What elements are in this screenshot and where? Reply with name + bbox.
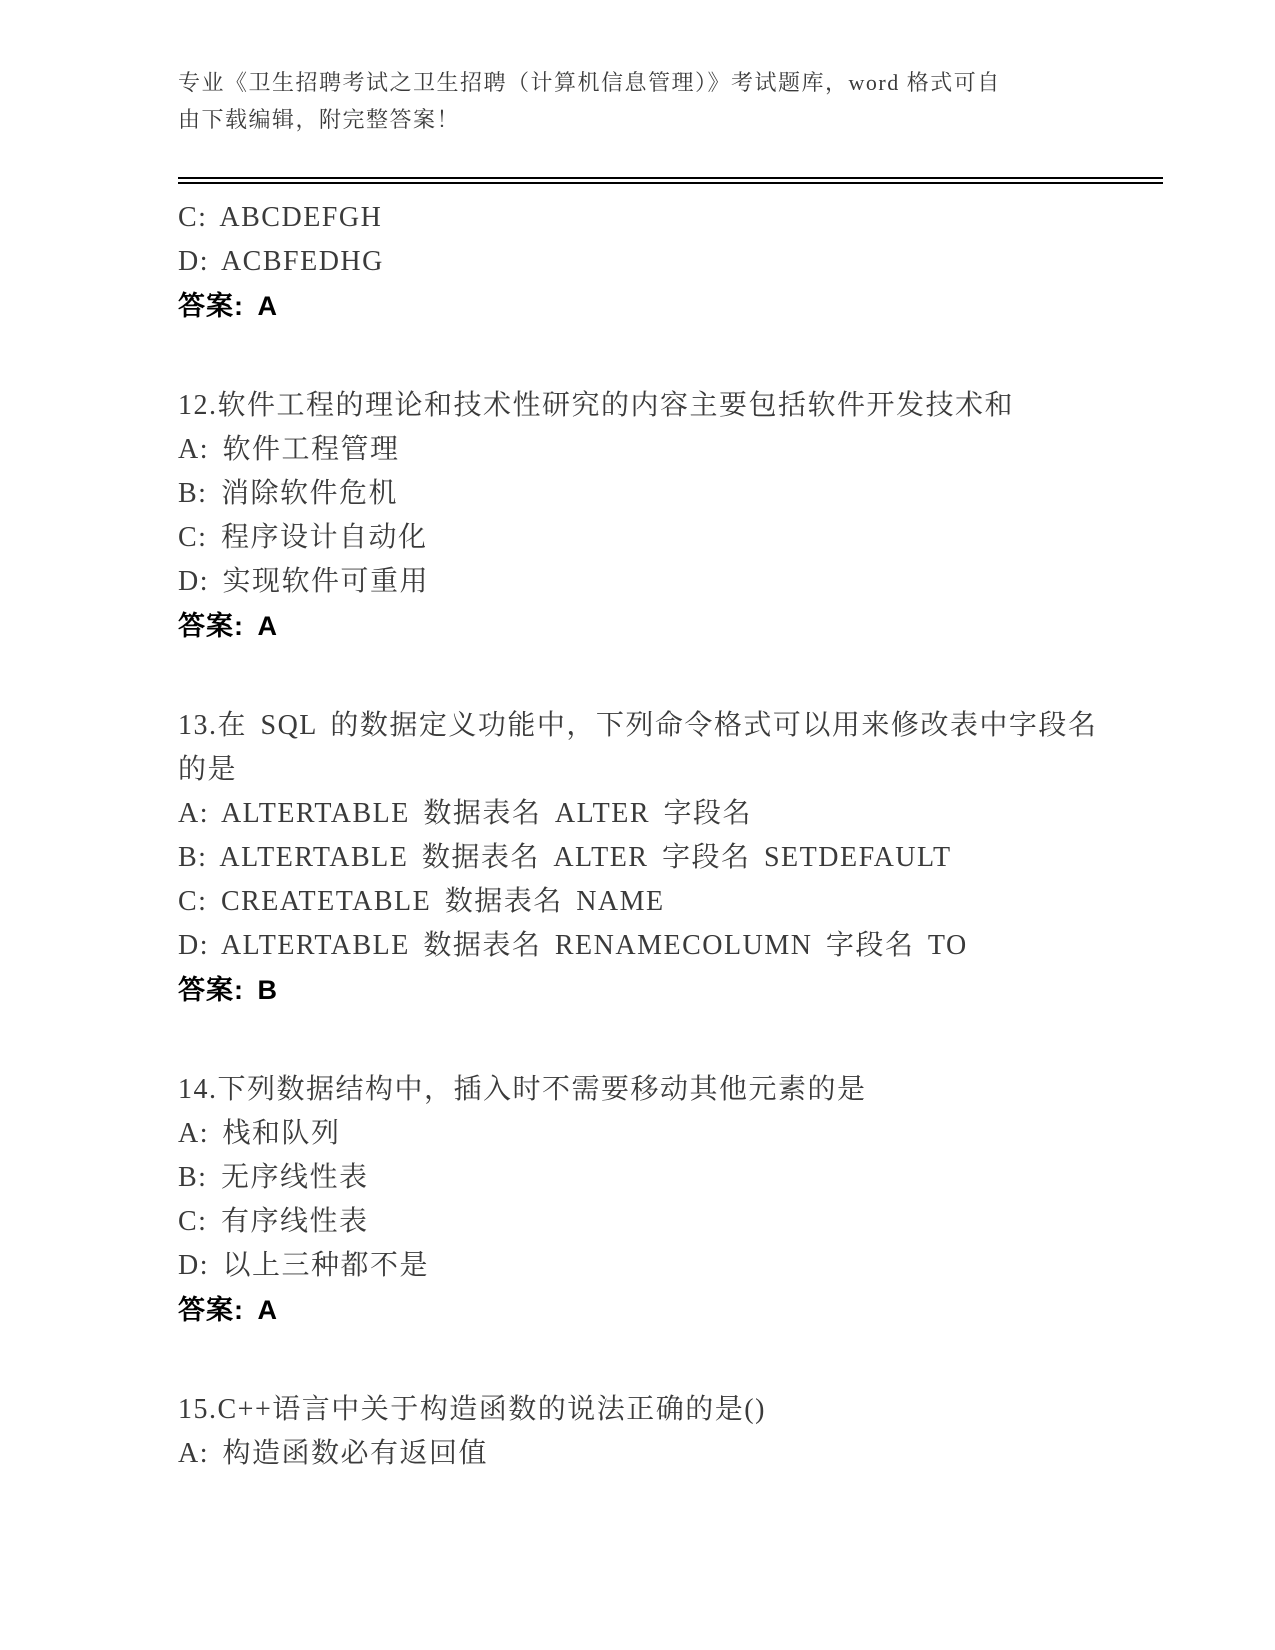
question-11-tail: C: ABCDEFGH D: ACBFEDHG 答案: A	[178, 196, 1168, 328]
question-12-option-a: A: 软件工程管理	[178, 428, 1168, 472]
header-line-2: 由下载编辑，附完整答案！	[178, 101, 1168, 138]
header-divider-rule	[178, 177, 1163, 184]
question-11-answer: 答案: A	[178, 284, 1168, 328]
question-12-option-c: C: 程序设计自动化	[178, 516, 1168, 560]
question-15-block: 15.C++语言中关于构造函数的说法正确的是() A: 构造函数必有返回值	[178, 1388, 1168, 1476]
page-header-notice: 专业《卫生招聘考试之卫生招聘（计算机信息管理）》考试题库，word 格式可自 由…	[178, 64, 1168, 138]
question-15-text: 15.C++语言中关于构造函数的说法正确的是()	[178, 1388, 1168, 1432]
question-14-option-b: B: 无序线性表	[178, 1156, 1168, 1200]
header-line-1: 专业《卫生招聘考试之卫生招聘（计算机信息管理）》考试题库，word 格式可自	[178, 64, 1168, 101]
question-12-option-b: B: 消除软件危机	[178, 472, 1168, 516]
question-13-block: 13.在 SQL 的数据定义功能中，下列命令格式可以用来修改表中字段名 的是 A…	[178, 704, 1168, 1012]
question-11-option-c: C: ABCDEFGH	[178, 196, 1168, 240]
question-13-option-d: D: ALTERTABLE 数据表名 RENAMECOLUMN 字段名 TO	[178, 924, 1168, 968]
question-12-answer: 答案: A	[178, 604, 1168, 648]
question-12-text: 12.软件工程的理论和技术性研究的内容主要包括软件开发技术和	[178, 384, 1168, 428]
question-15-option-a: A: 构造函数必有返回值	[178, 1432, 1168, 1476]
document-content: C: ABCDEFGH D: ACBFEDHG 答案: A 12.软件工程的理论…	[178, 196, 1168, 1476]
question-13-text-line-2: 的是	[178, 748, 1168, 792]
question-14-block: 14.下列数据结构中，插入时不需要移动其他元素的是 A: 栈和队列 B: 无序线…	[178, 1068, 1168, 1332]
question-12-option-d: D: 实现软件可重用	[178, 560, 1168, 604]
question-13-answer: 答案: B	[178, 968, 1168, 1012]
question-12-block: 12.软件工程的理论和技术性研究的内容主要包括软件开发技术和 A: 软件工程管理…	[178, 384, 1168, 648]
question-13-option-a: A: ALTERTABLE 数据表名 ALTER 字段名	[178, 792, 1168, 836]
question-14-text: 14.下列数据结构中，插入时不需要移动其他元素的是	[178, 1068, 1168, 1112]
document-page: 专业《卫生招聘考试之卫生招聘（计算机信息管理）》考试题库，word 格式可自 由…	[0, 0, 1275, 1650]
question-14-option-a: A: 栈和队列	[178, 1112, 1168, 1156]
question-13-text-line-1: 13.在 SQL 的数据定义功能中，下列命令格式可以用来修改表中字段名	[178, 704, 1168, 748]
question-14-option-c: C: 有序线性表	[178, 1200, 1168, 1244]
question-11-option-d: D: ACBFEDHG	[178, 240, 1168, 284]
question-13-option-c: C: CREATETABLE 数据表名 NAME	[178, 880, 1168, 924]
question-14-option-d: D: 以上三种都不是	[178, 1244, 1168, 1288]
question-14-answer: 答案: A	[178, 1288, 1168, 1332]
question-13-option-b: B: ALTERTABLE 数据表名 ALTER 字段名 SETDEFAULT	[178, 836, 1168, 880]
